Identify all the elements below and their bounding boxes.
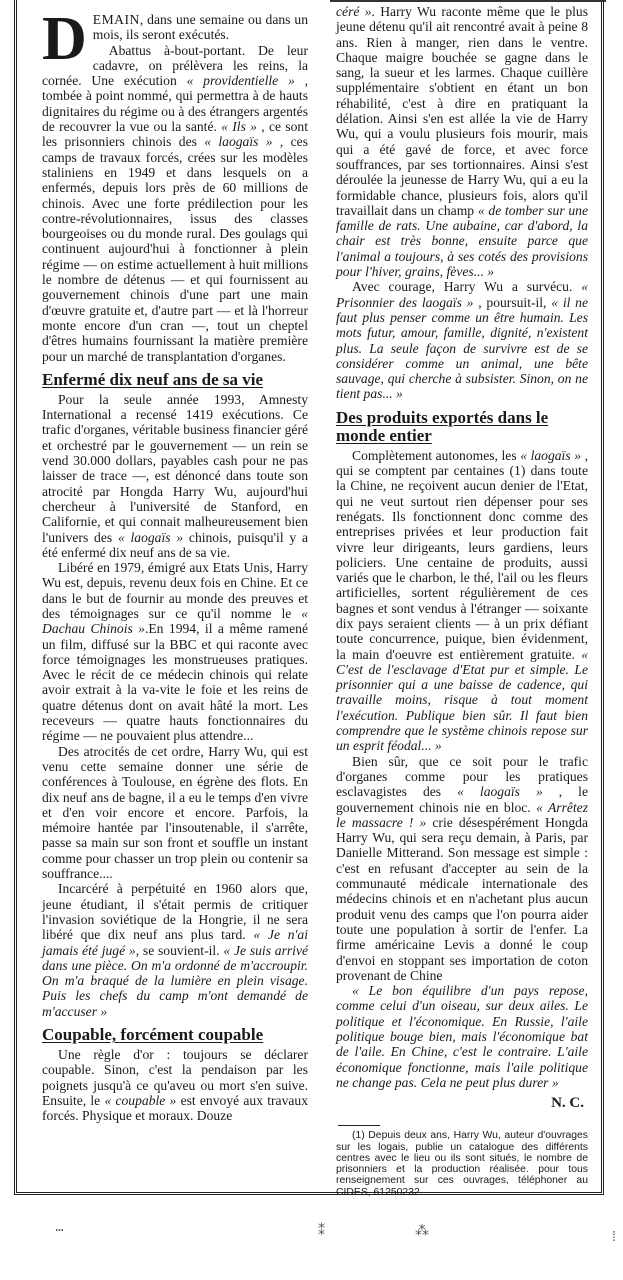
text: Avec courage, Harry Wu a survécu.: [352, 279, 581, 294]
text: crie désespérément Hongda Harry Wu, qui …: [336, 815, 588, 983]
paragraph: Abattus à-bout-portant. De leur cadavre,…: [42, 43, 308, 364]
text: . Harry Wu raconte même que le plus jeun…: [336, 4, 588, 218]
paragraph: Bien sûr, que ce soit pour le trafic d'o…: [336, 754, 588, 983]
text: Pour la seule année 1993, Amnesty Intern…: [42, 392, 308, 545]
closing-quote: « Le bon équilibre d'un pays repose, com…: [336, 983, 588, 1090]
quote: « providentielle »: [187, 73, 295, 88]
quote: « laogaïs »: [520, 448, 581, 463]
drop-cap: D: [42, 14, 87, 64]
text: , qui se comptent par centaines (1) dans…: [336, 448, 588, 662]
quote: « coupable »: [104, 1093, 176, 1108]
quote: « Ils »: [221, 119, 257, 134]
text: .En 1994, il a même ramené un film, diff…: [42, 621, 308, 743]
quote: « laogaïs »: [204, 134, 272, 149]
text: , poursuit-il,: [473, 295, 551, 310]
subheading-coupable: Coupable, forcément coupable: [42, 1026, 308, 1044]
paragraph: Une règle d'or : toujours se déclarer co…: [42, 1047, 308, 1123]
quote: « il ne faut plus penser comme un être h…: [336, 295, 588, 402]
text: , se souvient-il.: [136, 943, 224, 958]
right-column: céré ». Harry Wu raconte même que le plu…: [336, 4, 588, 1198]
footnote-rule: [338, 1125, 380, 1126]
paragraph: céré ». Harry Wu raconte même que le plu…: [336, 4, 588, 279]
paragraph: Des atrocités de cet ordre, Harry Wu, qu…: [42, 744, 308, 882]
paragraph: Libéré en 1979, émigré aux Etats Unis, H…: [42, 560, 308, 744]
text: Complètement autonomes, les: [352, 448, 520, 463]
lead-caps: EMAIN: [93, 12, 140, 27]
scan-mark: ⁞: [612, 1228, 616, 1244]
paragraph: Complètement autonomes, les « laogaïs » …: [336, 448, 588, 754]
text: Libéré en 1979, émigré aux Etats Unis, H…: [42, 560, 308, 621]
subheading-produits: Des produits exportés dans le monde enti…: [336, 409, 588, 445]
text: , ces camps de travaux forcés, crées sur…: [42, 134, 308, 363]
quote: « laogaïs »: [457, 784, 543, 799]
subheading-enferme: Enfermé dix neuf ans de sa vie: [42, 371, 308, 389]
quote: « laogaïs »: [118, 530, 183, 545]
quote: « Le bon équilibre d'un pays repose, com…: [336, 983, 588, 1090]
scan-mark: ⁑: [318, 1222, 325, 1239]
scan-mark: ⁂: [415, 1222, 429, 1239]
paragraph: Incarcéré à perpétuité en 1960 alors que…: [42, 881, 308, 1019]
paragraph: Pour la seule année 1993, Amnesty Intern…: [42, 392, 308, 560]
paragraph: Avec courage, Harry Wu a survécu. « Pris…: [336, 279, 588, 401]
footnote: (1) Depuis deux ans, Harry Wu, auteur d'…: [336, 1130, 588, 1197]
top-rule: [330, 0, 606, 2]
quote: « C'est de l'esclavage d'Etat pur et sim…: [336, 647, 588, 754]
left-column: DEMAIN, dans une semaine ou dans un mois…: [42, 12, 308, 1123]
scan-mark: ⵈ: [55, 1222, 64, 1239]
quote: céré »: [336, 4, 372, 19]
author-signature: N. C.: [336, 1096, 588, 1111]
intro-paragraph: DEMAIN, dans une semaine ou dans un mois…: [42, 12, 308, 43]
